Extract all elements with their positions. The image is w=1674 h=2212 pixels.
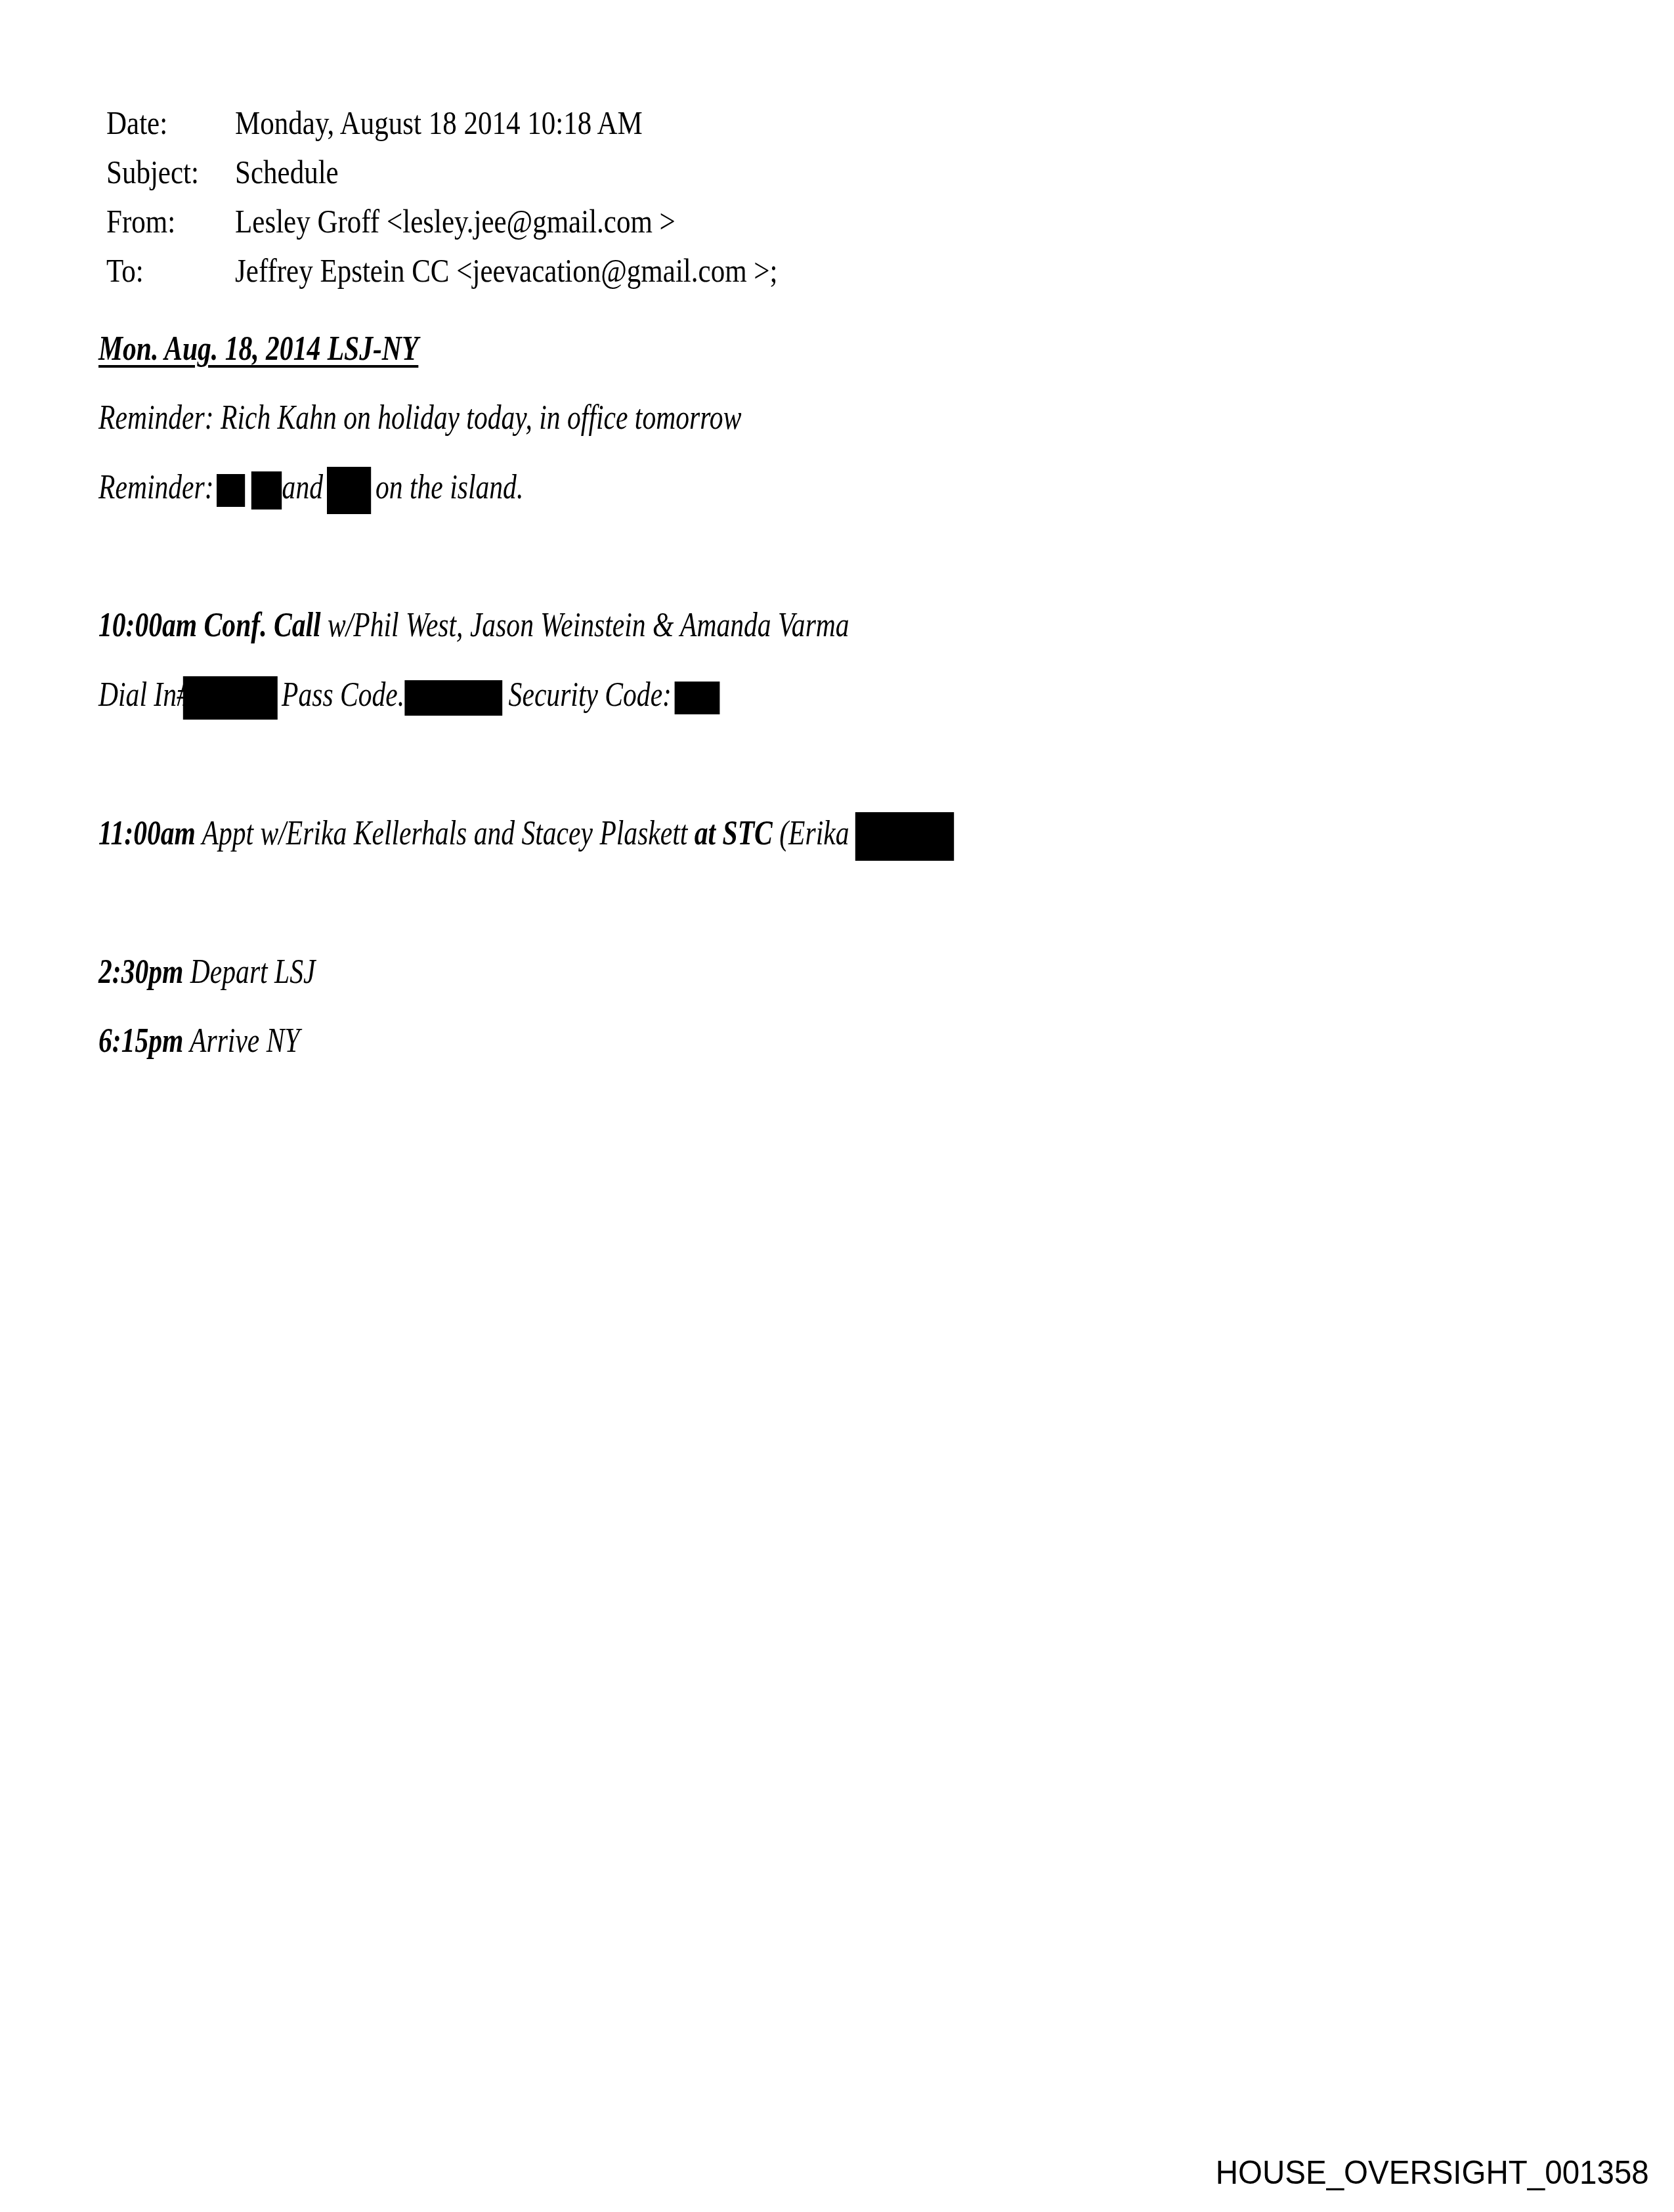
call-details: w/Phil West, Jason Weinstein & Amanda Va… <box>328 607 849 644</box>
reminder2-suffix: on the island. <box>376 469 523 506</box>
arrive-line: 6:15pm Arrive NY <box>98 1018 300 1064</box>
reminder-line-1: Reminder: Rich Kahn on holiday today, in… <box>98 395 741 441</box>
redaction-box <box>404 680 502 716</box>
dial-in-line: Dial In#Pass Code.Security Code: <box>98 672 720 720</box>
appt-details: Appt w/Erika Kellerhals and Stacey Plask… <box>202 815 688 852</box>
redaction-box <box>183 676 278 720</box>
date-label: Date: <box>106 103 235 142</box>
appt-time: 11:00am <box>98 815 196 852</box>
call-time: 10:00am <box>98 607 197 644</box>
depart-time: 2:30pm <box>98 953 183 991</box>
header-from-row: From:Lesley Groff <lesley.jee@gmail.com … <box>106 202 676 241</box>
call-title: Conf. Call <box>204 607 321 644</box>
appointment-line: 11:00am Appt w/Erika Kellerhals and Stac… <box>98 811 955 861</box>
subject-label: Subject: <box>106 152 235 192</box>
redaction-box <box>327 467 371 514</box>
depart-text: Depart LSJ <box>190 953 316 991</box>
reminder2-and: and <box>282 469 323 506</box>
to-label: To: <box>106 251 235 290</box>
bates-number: HOUSE_OVERSIGHT_001358 <box>1216 2153 1649 2192</box>
to-value: Jeffrey Epstein CC <jeevacation@gmail.co… <box>235 251 777 290</box>
document-page: Date:Monday, August 18 2014 10:18 AM Sub… <box>0 0 1674 2212</box>
depart-line: 2:30pm Depart LSJ <box>98 949 315 995</box>
reminder-line-2: Reminder:andon the island. <box>98 465 523 514</box>
redaction-box <box>855 812 954 861</box>
redaction-box <box>217 474 245 507</box>
arrive-text: Arrive NY <box>190 1022 300 1060</box>
schedule-heading: Mon. Aug. 18, 2014 LSJ-NY <box>98 326 418 372</box>
header-date-row: Date:Monday, August 18 2014 10:18 AM <box>106 103 643 142</box>
from-label: From: <box>106 202 235 241</box>
redaction-box <box>251 471 282 510</box>
subject-value: Schedule <box>235 152 339 192</box>
reminder2-prefix: Reminder: <box>98 469 214 506</box>
dial-in-label: Dial In# <box>98 676 190 714</box>
date-value: Monday, August 18 2014 10:18 AM <box>235 103 643 142</box>
security-code-label: Security Code: <box>509 676 672 714</box>
from-value: Lesley Groff <lesley.jee@gmail.com > <box>235 202 676 241</box>
pass-code-label: Pass Code. <box>282 676 404 714</box>
redaction-box <box>675 682 720 714</box>
appt-paren: (Erika <box>779 815 849 852</box>
appt-location: at STC <box>695 815 773 852</box>
arrive-time: 6:15pm <box>98 1022 183 1060</box>
conf-call-line: 10:00am Conf. Call w/Phil West, Jason We… <box>98 603 849 649</box>
header-to-row: To:Jeffrey Epstein CC <jeevacation@gmail… <box>106 251 778 290</box>
header-subject-row: Subject:Schedule <box>106 152 339 192</box>
